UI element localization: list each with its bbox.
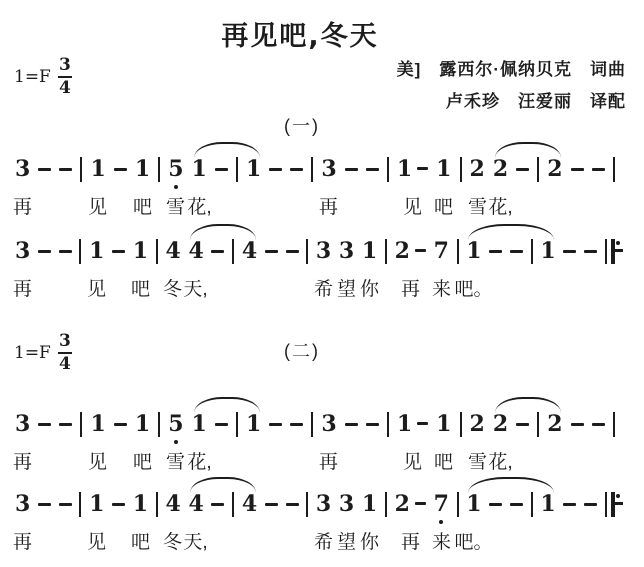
note: 1 [135, 410, 150, 438]
time-signature: 3 4 [58, 57, 72, 97]
barline [385, 492, 387, 517]
section-label-1: (一) [0, 112, 604, 138]
barline [387, 157, 389, 182]
duration-dash [114, 168, 127, 171]
credit-composer-line: 美] 露西尔·佩纳贝克 词曲 [397, 54, 626, 86]
lyric-syllable: 你 [360, 527, 379, 554]
duration-dash [290, 423, 303, 426]
lyric-syllable: 希 [314, 274, 333, 301]
note: 1 [90, 410, 105, 438]
lyric-syllable: 再 [13, 527, 32, 554]
barline [311, 157, 313, 182]
note: 1 [362, 237, 377, 265]
note: 1 [89, 237, 104, 265]
lyric-syllable: 吧 [133, 447, 152, 474]
note: 1 [133, 237, 148, 265]
lyric-syllable: 雪 [166, 192, 185, 219]
lyric-syllable: 你 [360, 274, 379, 301]
lyrics-row: 再见吧雪花,再见吧雪花, [15, 447, 615, 473]
song-title: 再见吧,冬天 [0, 14, 600, 53]
duration-dash [516, 168, 529, 171]
duration-dash [286, 250, 299, 253]
note: 2 [470, 155, 485, 183]
note-with-dash: 2 [395, 237, 426, 265]
duration-dash [38, 168, 51, 171]
note: 3 [316, 237, 331, 265]
duration-dash [366, 168, 379, 171]
note: 1 [135, 155, 150, 183]
end-mark [613, 249, 623, 252]
lyric-syllable: 来 [432, 527, 451, 554]
lyric-syllable: 花, [187, 192, 211, 219]
note: 1 [362, 490, 377, 518]
lyric-syllable: 望 [337, 527, 356, 554]
duration-dash [516, 423, 529, 426]
barline [613, 412, 615, 437]
lyrics-row: 再见吧冬天,希望你再来吧。 [15, 527, 615, 553]
duration-dash [265, 250, 278, 253]
note: 7 [434, 237, 449, 265]
duration-dash [114, 423, 127, 426]
lyric-syllable: 见 [88, 447, 107, 474]
note: 1 [89, 490, 104, 518]
duration-dash [571, 423, 584, 426]
barline [156, 492, 158, 517]
duration-dash [265, 503, 278, 506]
lyrics-row: 再见吧冬天,希望你再来吧。 [15, 274, 615, 300]
note: 1 [436, 155, 451, 183]
duration-dash [489, 250, 502, 253]
note: 1 [466, 237, 481, 265]
note: 4 [165, 237, 180, 265]
duration-dash [59, 503, 72, 506]
barline [387, 412, 389, 437]
note: 3 [15, 490, 30, 518]
lyric-syllable: 吧。 [454, 274, 492, 301]
lyric-syllable: 花, [488, 192, 512, 219]
barline [537, 412, 539, 437]
lyric-syllable: 吧 [133, 192, 152, 219]
barline [158, 412, 160, 437]
note-low-octave: 7 [434, 490, 449, 518]
lyric-syllable: 雪 [468, 447, 487, 474]
note: 3 [15, 410, 30, 438]
note: 1 [466, 490, 481, 518]
note: 1 [90, 155, 105, 183]
lyric-syllable: 望 [337, 274, 356, 301]
slur-arc [194, 142, 260, 158]
lyric-syllable: 来 [432, 274, 451, 301]
duration-dash [59, 423, 72, 426]
duration-dash [563, 250, 576, 253]
lyric-syllable: 花, [488, 447, 512, 474]
slur-arc [495, 142, 561, 158]
duration-dash [211, 503, 224, 506]
sheet-music-page: 再见吧,冬天 美] 露西尔·佩纳贝克 词曲 卢禾珍 汪爱丽 译配 1=F 3 4… [0, 0, 644, 567]
barline [80, 412, 82, 437]
duration-dash [59, 168, 72, 171]
note-low-octave: 5 [168, 410, 183, 438]
duration-dash [38, 503, 51, 506]
note: 1 [133, 490, 148, 518]
lyric-syllable: 雪 [468, 192, 487, 219]
slur-arc [194, 397, 260, 413]
duration-dash [112, 250, 125, 253]
lyric-syllable: 再 [13, 192, 32, 219]
lyric-syllable: 再 [401, 274, 420, 301]
note: 4 [188, 237, 203, 265]
slur-arc [495, 397, 561, 413]
duration-dash [215, 423, 228, 426]
lyric-syllable: 吧 [434, 192, 453, 219]
lyric-syllable: 再 [13, 447, 32, 474]
note: 2 [493, 410, 508, 438]
lyric-syllable: 冬 [163, 527, 182, 554]
note: 1 [192, 410, 207, 438]
key-signature-1: 1=F 3 4 [14, 57, 72, 97]
lyric-syllable: 再 [13, 274, 32, 301]
lyric-syllable: 再 [319, 447, 338, 474]
lyric-syllable: 天, [183, 527, 207, 554]
lyric-syllable: 希 [314, 527, 333, 554]
lyric-syllable: 吧 [131, 274, 150, 301]
lyric-syllable: 见 [403, 192, 422, 219]
lyric-syllable: 天, [183, 274, 207, 301]
note: 4 [188, 490, 203, 518]
meter-numerator: 3 [59, 57, 71, 74]
note: 2 [493, 155, 508, 183]
note-with-dash: 1 [397, 410, 428, 438]
duration-dash [215, 168, 228, 171]
barline [537, 157, 539, 182]
slur-arc [190, 224, 256, 240]
note: 4 [242, 237, 257, 265]
lyric-syllable: 冬 [163, 274, 182, 301]
duration-dash [211, 250, 224, 253]
lyric-syllable: 见 [87, 527, 106, 554]
duration-dash [571, 168, 584, 171]
barline [79, 492, 81, 517]
note: 4 [165, 490, 180, 518]
duration-dash [112, 503, 125, 506]
note: 1 [246, 155, 261, 183]
lyric-syllable: 雪 [166, 447, 185, 474]
lyric-syllable: 再 [401, 527, 420, 554]
end-mark [613, 502, 623, 505]
barline [460, 412, 462, 437]
note-with-dash: 2 [395, 490, 426, 518]
note: 3 [339, 237, 354, 265]
note-with-dash: 1 [397, 155, 428, 183]
note: 3 [339, 490, 354, 518]
note: 3 [15, 237, 30, 265]
section-label-2: (二) [0, 337, 604, 363]
note: 1 [246, 410, 261, 438]
barline [232, 239, 234, 264]
lyric-syllable: 见 [87, 274, 106, 301]
duration-dash [366, 423, 379, 426]
notes-row: 311511311222 [15, 154, 615, 184]
duration-dash [510, 250, 523, 253]
note: 3 [321, 155, 336, 183]
barline [158, 157, 160, 182]
lyric-syllable: 见 [403, 447, 422, 474]
notes-row: 3114443312711 [15, 489, 615, 519]
barline [156, 239, 158, 264]
duration-dash [592, 168, 605, 171]
note-low-octave: 5 [168, 155, 183, 183]
barline [460, 157, 462, 182]
duration-dash [38, 423, 51, 426]
note: 2 [547, 155, 562, 183]
duration-dash [269, 168, 282, 171]
duration-dash [563, 503, 576, 506]
barline [531, 492, 533, 517]
duration-dash [59, 250, 72, 253]
barline [457, 492, 459, 517]
note: 4 [242, 490, 257, 518]
duration-dash [269, 423, 282, 426]
note: 3 [316, 490, 331, 518]
barline [306, 492, 308, 517]
duration-dash [489, 503, 502, 506]
lyric-syllable: 吧 [434, 447, 453, 474]
note: 2 [547, 410, 562, 438]
barline [457, 239, 459, 264]
lyric-syllable: 吧 [131, 527, 150, 554]
duration-dash [345, 168, 358, 171]
lyric-syllable: 吧。 [454, 527, 492, 554]
note: 3 [15, 155, 30, 183]
slur-arc [190, 477, 256, 493]
notes-row: 311511311222 [15, 409, 615, 439]
duration-dash [592, 423, 605, 426]
music-line: 3114443312711 再见吧冬天,希望你再来吧。 [15, 222, 615, 302]
barline [236, 412, 238, 437]
note: 1 [540, 490, 555, 518]
barline [232, 492, 234, 517]
barline [306, 239, 308, 264]
barline [311, 412, 313, 437]
duration-dash [510, 503, 523, 506]
lyric-syllable: 见 [88, 192, 107, 219]
duration-dash [290, 168, 303, 171]
meter-denominator: 4 [59, 80, 71, 97]
duration-dash [584, 503, 597, 506]
key-tonic: 1=F [14, 67, 51, 87]
notes-row: 3114443312711 [15, 236, 615, 266]
music-line: 311511311222 再见吧雪花,再见吧雪花, [15, 395, 615, 475]
barline [385, 239, 387, 264]
note: 1 [436, 410, 451, 438]
lyric-syllable: 花, [187, 447, 211, 474]
barline [79, 239, 81, 264]
music-line: 311511311222 再见吧雪花,再见吧雪花, [15, 140, 615, 220]
slur-arc [468, 477, 554, 493]
credits-block: 美] 露西尔·佩纳贝克 词曲 卢禾珍 汪爱丽 译配 [397, 54, 626, 118]
barline [613, 157, 615, 182]
barline [80, 157, 82, 182]
barline [236, 157, 238, 182]
lyric-syllable: 再 [319, 192, 338, 219]
barline [531, 239, 533, 264]
duration-dash [345, 423, 358, 426]
lyrics-row: 再见吧雪花,再见吧雪花, [15, 192, 615, 218]
note: 1 [192, 155, 207, 183]
duration-dash [584, 250, 597, 253]
note: 2 [470, 410, 485, 438]
music-line: 3114443312711 再见吧冬天,希望你再来吧。 [15, 475, 615, 555]
note: 3 [321, 410, 336, 438]
note: 1 [540, 237, 555, 265]
slur-arc [468, 224, 554, 240]
duration-dash [286, 503, 299, 506]
duration-dash [38, 250, 51, 253]
